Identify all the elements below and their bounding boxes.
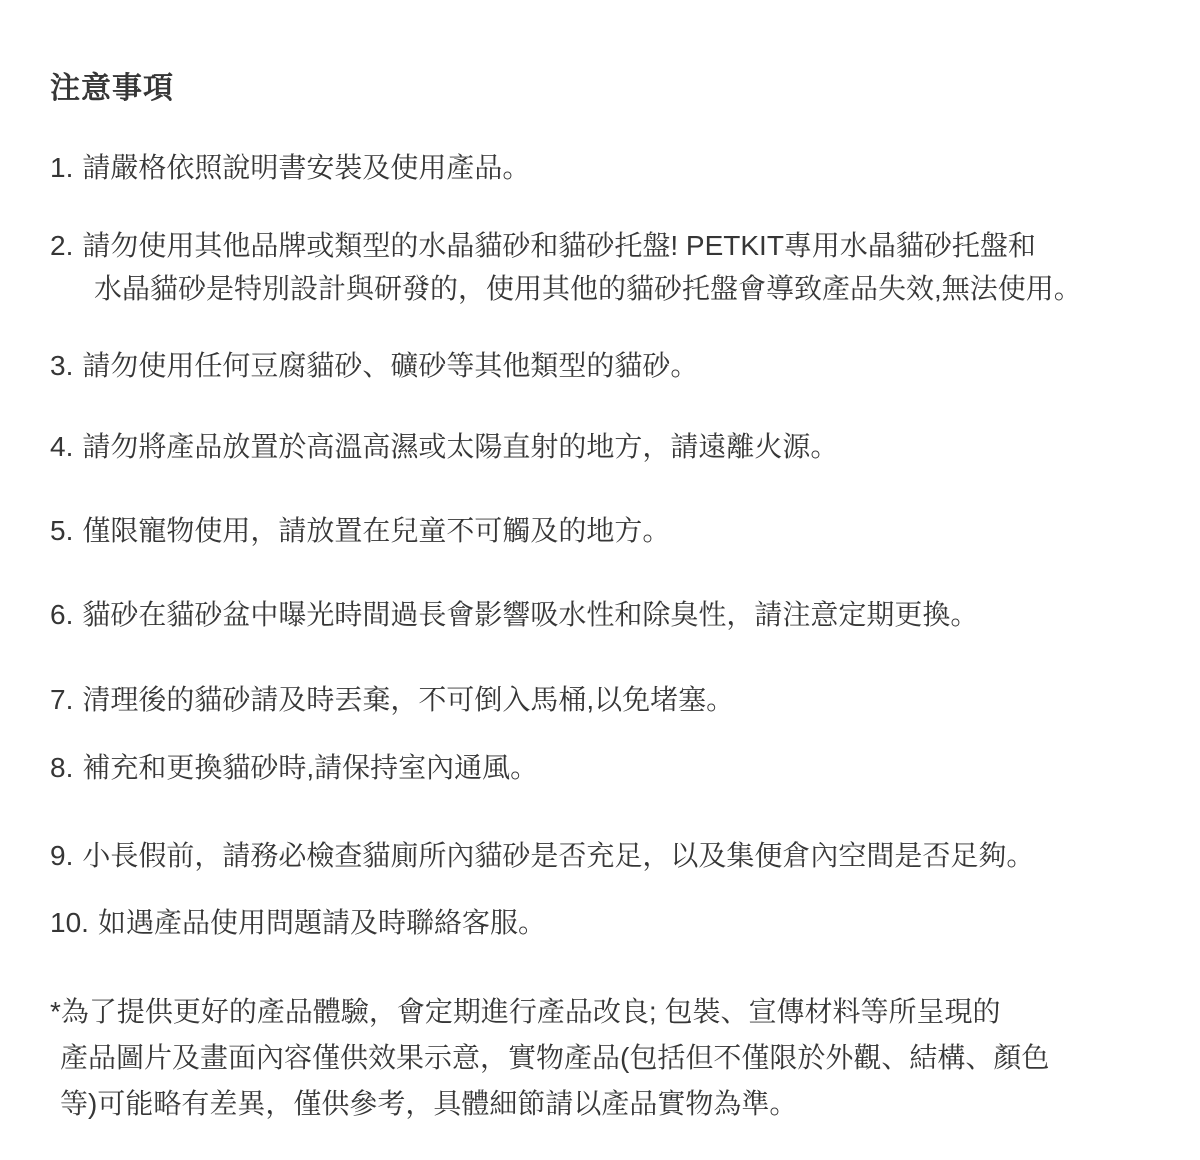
item-number: 1. (50, 152, 73, 183)
item-text: 水晶貓砂是特別設計與研發的，使用其他的貓砂托盤會導致產品失效,無法使用。 (94, 273, 1082, 304)
precautions-list: 1.請嚴格依照說明書安裝及使用產品。 2.請勿使用其他品牌或類型的水晶貓砂和貓砂… (50, 146, 1180, 944)
notice-item-line: 5.僅限寵物使用，請放置在兒童不可觸及的地方。 (50, 509, 1180, 552)
notice-item-7: 7.清理後的貓砂請及時丟棄，不可倒入馬桶,以免堵塞。 (50, 678, 1180, 721)
notice-item-line: 3.請勿使用任何豆腐貓砂、礦砂等其他類型的貓砂。 (50, 344, 1180, 387)
notice-item-9: 9.小長假前，請務必檢查貓廁所內貓砂是否充足，以及集便倉內空間是否足夠。 (50, 834, 1180, 877)
notice-item-line: 1.請嚴格依照說明書安裝及使用產品。 (50, 146, 1180, 189)
notice-item-1: 1.請嚴格依照說明書安裝及使用產品。 (50, 146, 1180, 189)
item-text: 貓砂在貓砂盆中曝光時間過長會影響吸水性和除臭性，請注意定期更換。 (82, 599, 978, 630)
item-number: 3. (50, 350, 73, 381)
notice-item-4: 4.請勿將產品放置於高溫高濕或太陽直射的地方，請遠離火源。 (50, 425, 1180, 468)
item-text: 如遇產品使用問題請及時聯絡客服。 (98, 907, 546, 938)
item-text: 請嚴格依照說明書安裝及使用產品。 (82, 152, 530, 183)
notice-item-6: 6.貓砂在貓砂盆中曝光時間過長會影響吸水性和除臭性，請注意定期更換。 (50, 593, 1180, 636)
item-text: 清理後的貓砂請及時丟棄，不可倒入馬桶,以免堵塞。 (82, 684, 734, 715)
footnote-line: *為了提供更好的產品體驗，會定期進行產品改良; 包裝、宣傳材料等所呈現的 (50, 989, 1180, 1035)
item-text: 請勿使用任何豆腐貓砂、礦砂等其他類型的貓砂。 (82, 350, 698, 381)
item-number: 9. (50, 840, 73, 871)
item-number: 6. (50, 599, 73, 630)
footnote-line: 產品圖片及畫面內容僅供效果示意，實物產品(包括但不僅限於外觀、結構、顏色 (50, 1035, 1180, 1081)
notice-item-line: 10.如遇產品使用問題請及時聯絡客服。 (50, 901, 1180, 944)
footnote-line: 等)可能略有差異，僅供參考，具體細節請以產品實物為準。 (50, 1081, 1180, 1127)
precautions-page: 注意事項 1.請嚴格依照說明書安裝及使用產品。 2.請勿使用其他品牌或類型的水晶… (0, 0, 1200, 1160)
item-number: 8. (50, 752, 73, 783)
item-text: 請勿使用其他品牌或類型的水晶貓砂和貓砂托盤! PETKIT專用水晶貓砂托盤和 (82, 230, 1036, 261)
notice-item-line: 8.補充和更換貓砂時,請保持室內通風。 (50, 746, 1180, 789)
notice-item-8: 8.補充和更換貓砂時,請保持室內通風。 (50, 746, 1180, 789)
item-number: 4. (50, 431, 73, 462)
notice-item-3: 3.請勿使用任何豆腐貓砂、礦砂等其他類型的貓砂。 (50, 344, 1180, 387)
notice-item-line: 2.請勿使用其他品牌或類型的水晶貓砂和貓砂托盤! PETKIT專用水晶貓砂托盤和 (50, 224, 1180, 267)
disclaimer-footnote: *為了提供更好的產品體驗，會定期進行產品改良; 包裝、宣傳材料等所呈現的 產品圖… (50, 989, 1180, 1127)
item-number: 10. (50, 907, 89, 938)
item-number: 2. (50, 230, 73, 261)
item-text: 僅限寵物使用，請放置在兒童不可觸及的地方。 (82, 515, 670, 546)
notice-item-line: 水晶貓砂是特別設計與研發的，使用其他的貓砂托盤會導致產品失效,無法使用。 (50, 267, 1180, 310)
item-number: 7. (50, 684, 73, 715)
item-text: 請勿將產品放置於高溫高濕或太陽直射的地方，請遠離火源。 (82, 431, 838, 462)
notice-item-line: 7.清理後的貓砂請及時丟棄，不可倒入馬桶,以免堵塞。 (50, 678, 1180, 721)
item-number: 5. (50, 515, 73, 546)
notice-item-5: 5.僅限寵物使用，請放置在兒童不可觸及的地方。 (50, 509, 1180, 552)
page-title: 注意事項 (50, 72, 1180, 106)
notice-item-10: 10.如遇產品使用問題請及時聯絡客服。 (50, 901, 1180, 944)
notice-item-line: 6.貓砂在貓砂盆中曝光時間過長會影響吸水性和除臭性，請注意定期更換。 (50, 593, 1180, 636)
item-text: 小長假前，請務必檢查貓廁所內貓砂是否充足，以及集便倉內空間是否足夠。 (82, 840, 1034, 871)
notice-item-line: 4.請勿將產品放置於高溫高濕或太陽直射的地方，請遠離火源。 (50, 425, 1180, 468)
item-text: 補充和更換貓砂時,請保持室內通風。 (82, 752, 538, 783)
notice-item-2: 2.請勿使用其他品牌或類型的水晶貓砂和貓砂托盤! PETKIT專用水晶貓砂托盤和… (50, 224, 1180, 310)
notice-item-line: 9.小長假前，請務必檢查貓廁所內貓砂是否充足，以及集便倉內空間是否足夠。 (50, 834, 1180, 877)
